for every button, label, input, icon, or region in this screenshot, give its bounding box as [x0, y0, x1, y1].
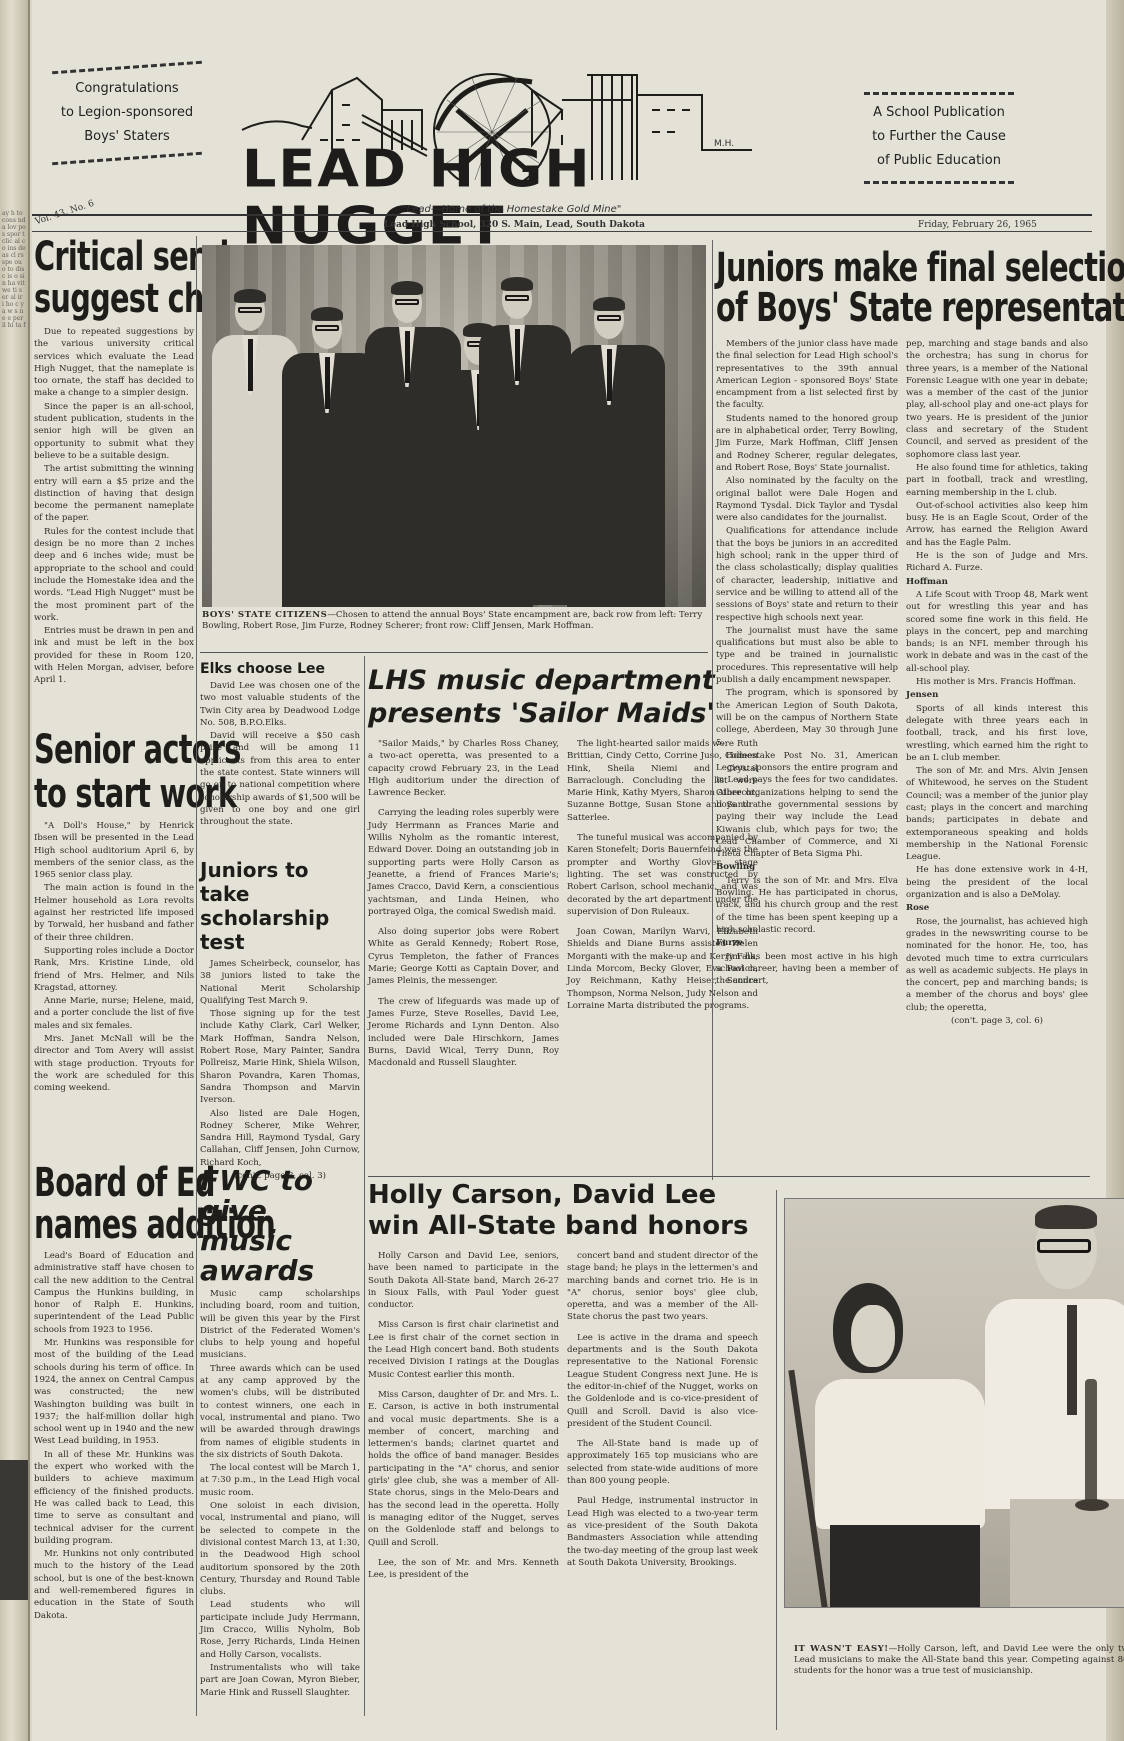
photo-caption: IT WASN'T EASY!—Holly Carson, left, and …: [794, 1644, 1124, 1677]
left-box-line: to Legion-sponsored: [42, 101, 212, 125]
article-boys-state-selection: Juniors make final selection of Boys' St…: [716, 248, 1088, 1028]
article-board-of-ed: Board of Ed names addition Lead's Board …: [34, 1162, 194, 1623]
newspaper-page: Congratulations to Legion-sponsored Boys…: [32, 0, 1106, 1741]
headline: FWC to give music awards: [200, 1166, 360, 1286]
paragraph: A Life Scout with Troop 48, Mark went ou…: [906, 589, 1088, 675]
paragraph: pep, marching and stage bands and also t…: [906, 338, 1088, 461]
subhead: Rose: [906, 902, 1088, 914]
paragraph: Rose, the journalist, has achieved high …: [906, 916, 1088, 1014]
dashed-rule: [864, 181, 1014, 184]
headline: Board of Ed names addition: [34, 1162, 149, 1246]
article-all-state-band: Holly Carson, David Lee win All-State ba…: [368, 1180, 758, 1582]
paragraph: He also found time for athletics, taking…: [906, 462, 1088, 499]
dashed-rule: [864, 92, 1014, 95]
paragraph: The journalist must have the same qualif…: [716, 625, 898, 686]
headline: Senior actors to start work: [34, 728, 149, 816]
article-body-col-1: Members of the junior class have made th…: [716, 338, 898, 1028]
paragraph: Terry is the son of Mr. and Mrs. Elva Bo…: [716, 875, 898, 936]
headline: Juniors make final selection of Boys' St…: [716, 248, 984, 328]
article-body: Lead's Board of Education and administra…: [34, 1250, 194, 1622]
article-critical-services: Critical services suggest change Due to …: [34, 236, 194, 688]
blouse-shape: [815, 1379, 985, 1529]
paragraph: He has done extensive work in 4-H, being…: [906, 864, 1088, 901]
masthead-rule: [32, 214, 1092, 216]
caption-lead: IT WASN'T EASY!: [794, 1644, 889, 1654]
article-body-col-2: pep, marching and stage bands and also t…: [906, 338, 1088, 1028]
photo-holly-carson-david-lee: [784, 1198, 1124, 1608]
paragraph: His mother is Mrs. Francis Hoffman.: [906, 676, 1088, 688]
left-box-line: Congratulations: [42, 77, 212, 101]
article-body-col-1: "Sailor Maids," by Charles Ross Chaney, …: [368, 738, 559, 1070]
caption-lead: BOYS' STATE CITIZENS: [202, 610, 327, 620]
hair-shape: [1035, 1205, 1097, 1229]
section-rule: [200, 652, 708, 653]
headline: LHS music department presents 'Sailor Ma…: [368, 664, 758, 730]
left-box-line: Boys' Staters: [42, 125, 212, 149]
right-box-line: A School Publication: [854, 101, 1024, 125]
cornet-bell: [1075, 1499, 1109, 1511]
article-senior-actors: Senior actors to start work "A Doll's Ho…: [34, 728, 194, 1096]
article-body-col-2: concert band and student director of the…: [567, 1250, 758, 1582]
right-box-line: of Public Education: [854, 149, 1024, 173]
dashed-rule: [52, 152, 202, 165]
headline: Holly Carson, David Lee win All-State ba…: [368, 1180, 758, 1242]
headline: Elks choose Lee: [200, 660, 360, 678]
column-rule: [196, 236, 197, 1716]
article-body: David Lee was chosen one of the two most…: [200, 680, 360, 829]
column-rule: [712, 240, 713, 1180]
subhead: Jensen: [906, 689, 1088, 701]
issue-date: Friday, February 26, 1965: [918, 220, 1037, 230]
adjacent-page-edge: ay h to cons nd a lov pos spor t clic al…: [0, 0, 30, 1741]
section-rule: [368, 1176, 1090, 1177]
subhead: Bowling: [716, 861, 898, 873]
face-shape: [851, 1305, 895, 1367]
article-juniors-scholarship-test: Juniors to take scholarship test James S…: [200, 858, 360, 1183]
article-lhs-music-department: LHS music department presents 'Sailor Ma…: [368, 664, 758, 1070]
volume-number: Vol. 43, No. 6: [34, 199, 96, 228]
school-address: Lead High School, 320 S. Main, Lead, Sou…: [384, 220, 645, 230]
photo-boys-state-citizens: [202, 245, 706, 607]
paragraph: Homestake Post No. 31, American Legion, …: [716, 750, 898, 861]
paragraph: Students named to the honored group are …: [716, 413, 898, 474]
tie-shape: [1067, 1305, 1077, 1415]
subhead: Furze: [716, 937, 898, 949]
masthead-left-box: Congratulations to Legion-sponsored Boys…: [42, 66, 212, 160]
skirt-shape: [830, 1525, 980, 1608]
article-elks-choose-lee: Elks choose Lee David Lee was chosen one…: [200, 660, 360, 830]
continued-link: (con't. page 3, col. 6): [906, 1015, 1088, 1027]
article-body: Due to repeated suggestions by the vario…: [34, 326, 194, 687]
paragraph: Out-of-school activities also keep him b…: [906, 500, 1088, 549]
article-body: James Scheirbeck, counselor, has 38 juni…: [200, 958, 360, 1182]
paragraph: Jim has been most active in his high sch…: [716, 951, 898, 988]
paragraph: Sports of all kinds interest this delega…: [906, 703, 1088, 764]
article-body: "A Doll's House," by Henrick Ibsen will …: [34, 820, 194, 1095]
column-rule: [776, 1190, 777, 1730]
trousers-shape: [1010, 1499, 1124, 1608]
paragraph: Members of the junior class have made th…: [716, 338, 898, 412]
headline: Juniors to take scholarship test: [200, 858, 360, 954]
cornet-icon: [1085, 1379, 1097, 1509]
column-rule: [364, 656, 365, 1716]
article-fwc-music-awards: FWC to give music awards Music camp scho…: [200, 1166, 360, 1700]
paragraph: Qualifications for attendance include th…: [716, 525, 898, 623]
adjacent-page-photo: [0, 1460, 30, 1600]
shirt-shape: [985, 1299, 1124, 1509]
paragraph: He is the son of Judge and Mrs. Richard …: [906, 550, 1088, 575]
paragraph: The son of Mr. and Mrs. Alvin Jensen of …: [906, 765, 1088, 863]
dashed-rule: [52, 61, 202, 74]
masthead-right-box: A School Publication to Further the Caus…: [854, 92, 1024, 184]
article-body: Music camp scholarships including board,…: [200, 1288, 360, 1699]
dateline-rule: [32, 231, 1092, 232]
subhead: Hoffman: [906, 576, 1088, 588]
article-body-col-1: Holly Carson and David Lee, seniors, hav…: [368, 1250, 559, 1582]
adjacent-page-text: ay h to cons nd a lov pos spor t clic al…: [2, 210, 26, 770]
headline: Critical services suggest change: [34, 236, 149, 320]
photo-caption: BOYS' STATE CITIZENS—Chosen to attend th…: [202, 610, 706, 632]
nameplate-title: LEAD HIGH NUGGET: [242, 141, 842, 255]
right-box-line: to Further the Cause: [854, 125, 1024, 149]
glasses-icon: [1037, 1239, 1091, 1253]
paragraph: The program, which is sponsored by the A…: [716, 687, 898, 748]
paragraph: Also nominated by the faculty on the ori…: [716, 475, 898, 524]
